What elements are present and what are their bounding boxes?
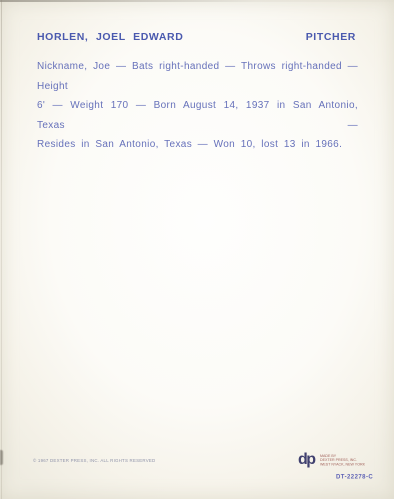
card-header: HORLEN, JOEL EDWARD PITCHER: [37, 31, 356, 43]
made-by-text: MADE BY DEXTER PRESS, INC. WEST NYACK, N…: [320, 454, 365, 467]
printer-credit: dp MADE BY DEXTER PRESS, INC. WEST NYACK…: [298, 450, 390, 486]
bio-line-2: 6' — Weight 170 — Born August 14, 1937 i…: [37, 96, 358, 135]
player-position: PITCHER: [306, 31, 356, 43]
scan-left-edge: [1, 0, 2, 499]
scan-left-notch: [0, 450, 3, 465]
baseball-card-back: HORLEN, JOEL EDWARD PITCHER Nickname, Jo…: [0, 0, 394, 499]
copyright-notice: © 1967 DEXTER PRESS, INC. ALL RIGHTS RES…: [33, 458, 155, 463]
print-code: DT-22278-C: [336, 473, 373, 480]
bio-line-1: Nickname, Joe — Bats right-handed — Thro…: [37, 57, 358, 96]
dexter-press-logo: dp: [298, 452, 315, 468]
player-bio: Nickname, Joe — Bats right-handed — Thro…: [37, 57, 358, 155]
bio-line-3: Resides in San Antonio, Texas — Won 10, …: [37, 135, 358, 155]
player-name: HORLEN, JOEL EDWARD: [37, 31, 183, 43]
made-by-line-3: WEST NYACK, NEW YORK: [320, 462, 365, 466]
scan-top-edge: [0, 0, 394, 2]
